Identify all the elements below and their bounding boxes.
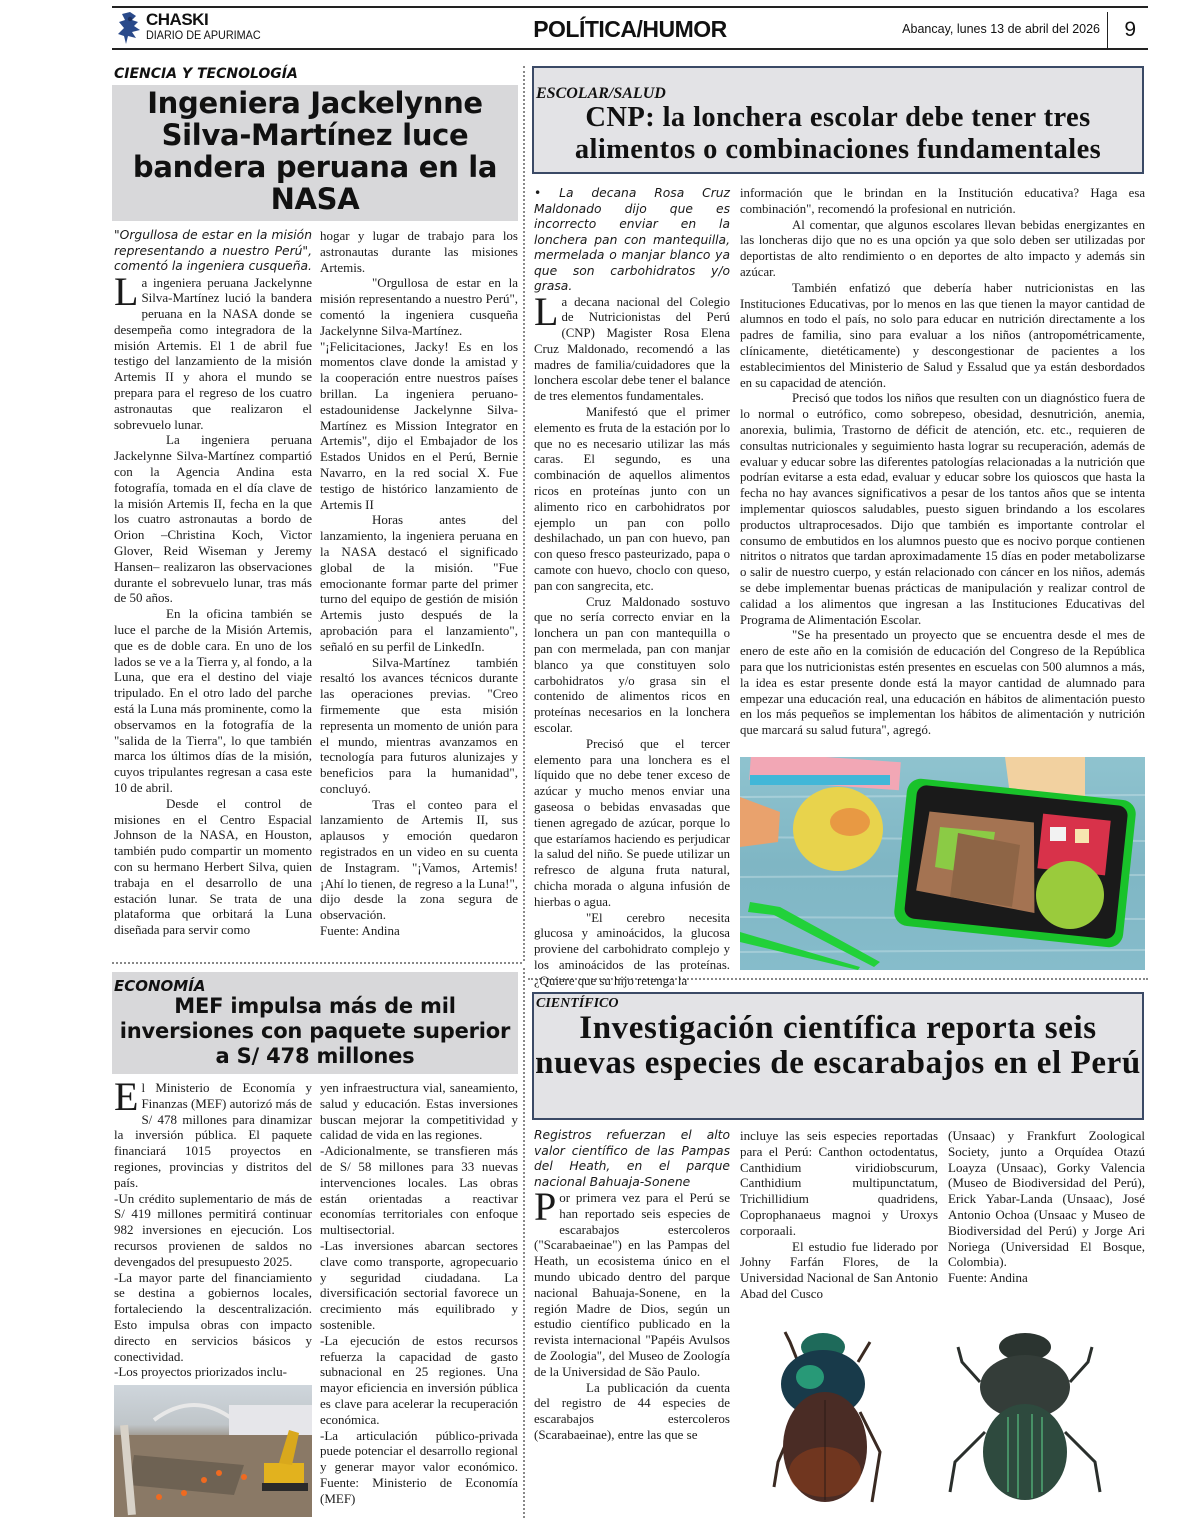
paragraph: -La articulación público-privada puede p…	[320, 1428, 518, 1507]
row-divider-left	[112, 962, 522, 964]
paragraph: En la oficina también se luce el parche …	[114, 606, 312, 796]
paragraph: incluye las seis especies reportadas par…	[740, 1128, 938, 1239]
paragraph: Por primera vez para el Perú se han repo…	[534, 1190, 730, 1380]
paragraph: -Las inversiones abarcan sectores clave …	[320, 1238, 518, 1333]
article-kicker: CIENCIA Y TECNOLOGÍA	[114, 66, 298, 82]
construction-photo	[114, 1385, 312, 1517]
article-column-2: información que le brindan en la Institu…	[740, 186, 1145, 739]
paragraph: También enfatizó que debería haber nutri…	[740, 281, 1145, 392]
article-headline: Ingeniera Jackelynne Silva-Martínez luce…	[112, 85, 518, 217]
article-column-2: yen infraestructura vial, saneamiento, s…	[320, 1080, 518, 1507]
paragraph: -Los proyectos priorizados inclu-	[114, 1364, 312, 1380]
paragraph: yen infraestructura vial, saneamiento, s…	[320, 1080, 518, 1143]
lunchbox-photo	[740, 757, 1145, 970]
paragraph: Cruz Maldonado sostuvo que no sería corr…	[534, 595, 730, 737]
paragraph: -Adicionalmente, se transfieren más de S…	[320, 1143, 518, 1238]
paragraph: Silva-Martínez también resaltó los avanc…	[320, 655, 518, 797]
paragraph: La decana nacional del Colegio de Nutric…	[534, 295, 730, 406]
article-column-1: Registros refuerzan el alto valor cientí…	[534, 1128, 730, 1443]
paragraph: -La ejecución de estos recursos refuerza…	[320, 1333, 518, 1428]
article-kicker: CIENTÍFICO	[534, 994, 1142, 1011]
paragraph: hogar y lugar de trabajo para los astron…	[320, 228, 518, 275]
paragraph: "Se ha presentado un proyecto que se enc…	[740, 628, 1145, 739]
article-source: Fuente: Andina	[320, 923, 518, 939]
article-body: "Orgullosa de estar en la misión represe…	[114, 228, 518, 939]
article-headline: CNP: la lonchera escolar debe tener tres…	[534, 102, 1142, 166]
paragraph: Horas antes del lanzamiento, la ingenier…	[320, 512, 518, 654]
paragraph: "Orgullosa de estar en la misión represe…	[320, 275, 518, 338]
construction-illustration	[114, 1385, 312, 1517]
paragraph: Manifestó que el primer elemento es frut…	[534, 405, 730, 595]
paragraph: La publicación da cuenta del registro de…	[534, 1380, 730, 1443]
paragraph: El estudio fue liderado por Johny Farfán…	[740, 1239, 938, 1302]
paragraph: El Ministerio de Economía y Finanzas (ME…	[114, 1080, 312, 1191]
article-column-2: hogar y lugar de trabajo para los astron…	[320, 228, 518, 939]
paragraph: -La mayor parte del financiamiento se de…	[114, 1270, 312, 1365]
paragraph: "El cerebro necesita glucosa y aminoácid…	[534, 911, 730, 990]
article-headline: MEF impulsa más de mil inversiones con p…	[112, 994, 518, 1069]
beetles-illustration	[740, 1322, 1145, 1518]
column-divider-top	[523, 66, 525, 961]
article-column-3: (Unsaac) y Frankfurt Zoological Society,…	[948, 1128, 1145, 1286]
masthead-divider	[1107, 12, 1108, 48]
masthead: CHASKI DIARIO DE APURIMAC POLÍTICA/HUMOR…	[112, 6, 1148, 50]
article-column-2: incluye las seis especies reportadas par…	[740, 1128, 938, 1302]
paragraph: Tras el conteo para el lanzamiento de Ar…	[320, 797, 518, 923]
article-headline: Investigación científica reporta seis nu…	[534, 1011, 1142, 1081]
page-number: 9	[1124, 18, 1136, 42]
article-lead: • La decana Rosa Cruz Maldonado dijo que…	[534, 186, 730, 295]
paragraph: Precisó que el tercer elemento para una …	[534, 737, 730, 911]
paragraph: Al comentar, que algunos escolares lleva…	[740, 218, 1145, 281]
article-source: Fuente: Andina	[948, 1270, 1145, 1286]
article-lead: Registros refuerzan el alto valor cientí…	[534, 1128, 730, 1190]
article-column-1: El Ministerio de Economía y Finanzas (ME…	[114, 1080, 312, 1380]
article-lead: "Orgullosa de estar en la misión represe…	[114, 228, 312, 275]
article-kicker: ECONOMÍA	[112, 972, 518, 994]
headline-box: ECONOMÍA MEF impulsa más de mil inversio…	[112, 972, 518, 1074]
article-column-1: "Orgullosa de estar en la misión represe…	[114, 228, 312, 939]
article-kicker: ESCOLAR/SALUD	[534, 68, 1142, 102]
paragraph: (Unsaac) y Frankfurt Zoological Society,…	[948, 1128, 1145, 1270]
headline-box: Ingeniera Jackelynne Silva-Martínez luce…	[112, 85, 518, 221]
paragraph: Precisó que todos los niños que resulten…	[740, 391, 1145, 628]
paragraph: Desde el control de misiones en el Centr…	[114, 796, 312, 938]
dateline: Abancay, lunes 13 de abril del 2026	[902, 22, 1100, 36]
beetles-photo	[740, 1322, 1145, 1518]
paragraph: "¡Felicitaciones, Jacky! Es en los momen…	[320, 339, 518, 513]
paragraph: -Un crédito suplementario de más de S/ 4…	[114, 1191, 312, 1270]
article-column-1: • La decana Rosa Cruz Maldonado dijo que…	[534, 186, 730, 990]
lunchbox-illustration	[740, 757, 1145, 970]
headline-box: ESCOLAR/SALUD CNP: la lonchera escolar d…	[532, 66, 1144, 174]
paragraph: La ingeniera peruana Jackelynne Silva-Ma…	[114, 432, 312, 606]
headline-box: CIENTÍFICO Investigación científica repo…	[532, 992, 1144, 1120]
paragraph: información que le brindan en la Institu…	[740, 186, 1145, 218]
column-divider-bottom	[523, 968, 525, 1518]
paragraph: La ingeniera peruana Jackelynne Silva-Ma…	[114, 275, 312, 433]
